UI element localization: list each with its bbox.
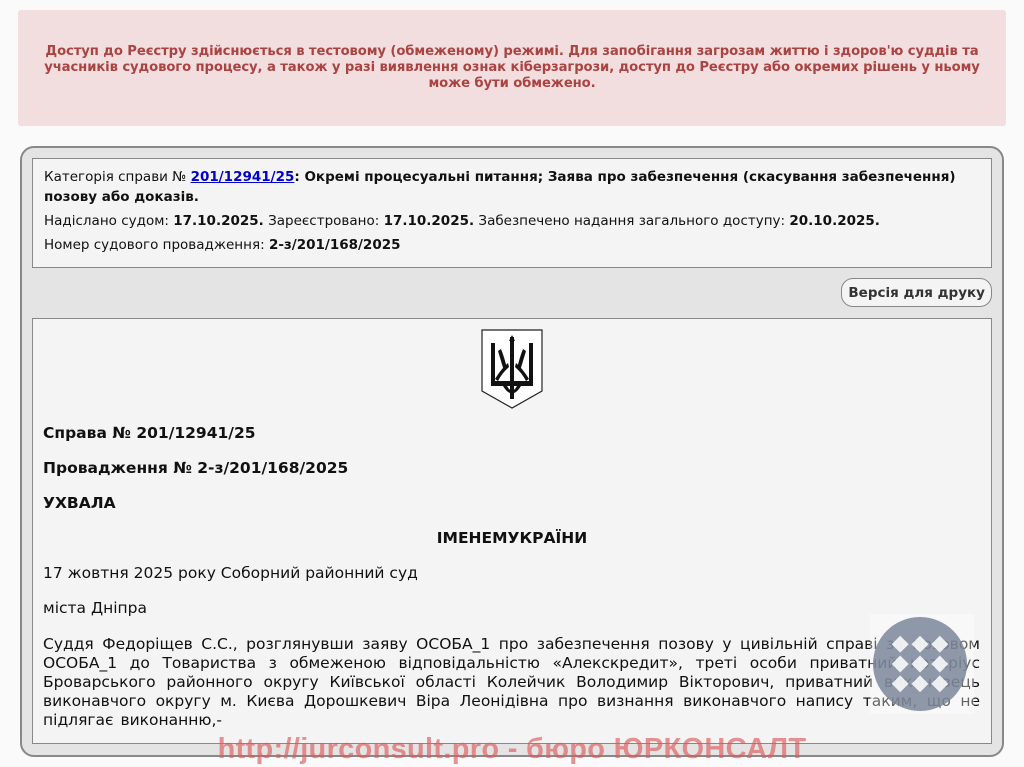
document-type-heading: УХВАЛА	[43, 494, 116, 513]
in-the-name-of-ukraine: ІМЕНЕМУКРАЇНИ	[33, 529, 991, 547]
trident-emblem-icon	[481, 329, 543, 409]
access-date: 20.10.2025.	[789, 213, 880, 229]
access-label: Забезпечено надання загального доступу:	[474, 213, 789, 229]
registered-date: 17.10.2025.	[384, 213, 475, 229]
city-line: міста Дніпра	[43, 599, 147, 618]
warning-banner: Доступ до Реєстру здійснюється в тестово…	[18, 10, 1006, 126]
category-line: Категорія справи № 201/12941/25: Окремі …	[44, 167, 980, 207]
registered-label: Зареєстровано:	[264, 213, 384, 229]
case-number-heading: Справа № 201/12941/25	[43, 424, 256, 443]
document-text-box: Справа № 201/12941/25 Провадження № 2-з/…	[32, 318, 992, 744]
case-info-box: Категорія справи № 201/12941/25: Окремі …	[32, 158, 992, 268]
dates-line: Надіслано судом: 17.10.2025. Зареєстрова…	[44, 211, 980, 231]
proceeding-number: 2-з/201/168/2025	[269, 237, 401, 253]
proceeding-label: Номер судового провадження:	[44, 237, 269, 253]
date-court-line: 17 жовтня 2025 року Соборний районний су…	[43, 564, 418, 583]
print-version-button[interactable]: Версія для друку	[841, 278, 992, 307]
case-number-link[interactable]: 201/12941/25	[191, 169, 295, 185]
sent-label: Надіслано судом:	[44, 213, 173, 229]
sent-date: 17.10.2025.	[173, 213, 264, 229]
category-label: Категорія справи №	[44, 169, 191, 185]
warning-text: Доступ до Реєстру здійснюється в тестово…	[34, 44, 990, 92]
proceeding-line: Номер судового провадження: 2-з/201/168/…	[44, 235, 980, 255]
proceeding-number-heading: Провадження № 2-з/201/168/2025	[43, 459, 348, 478]
decision-container: Категорія справи № 201/12941/25: Окремі …	[20, 146, 1004, 757]
decision-body-paragraph: Суддя Федоріщев С.С., розглянувши заяву …	[43, 635, 980, 730]
